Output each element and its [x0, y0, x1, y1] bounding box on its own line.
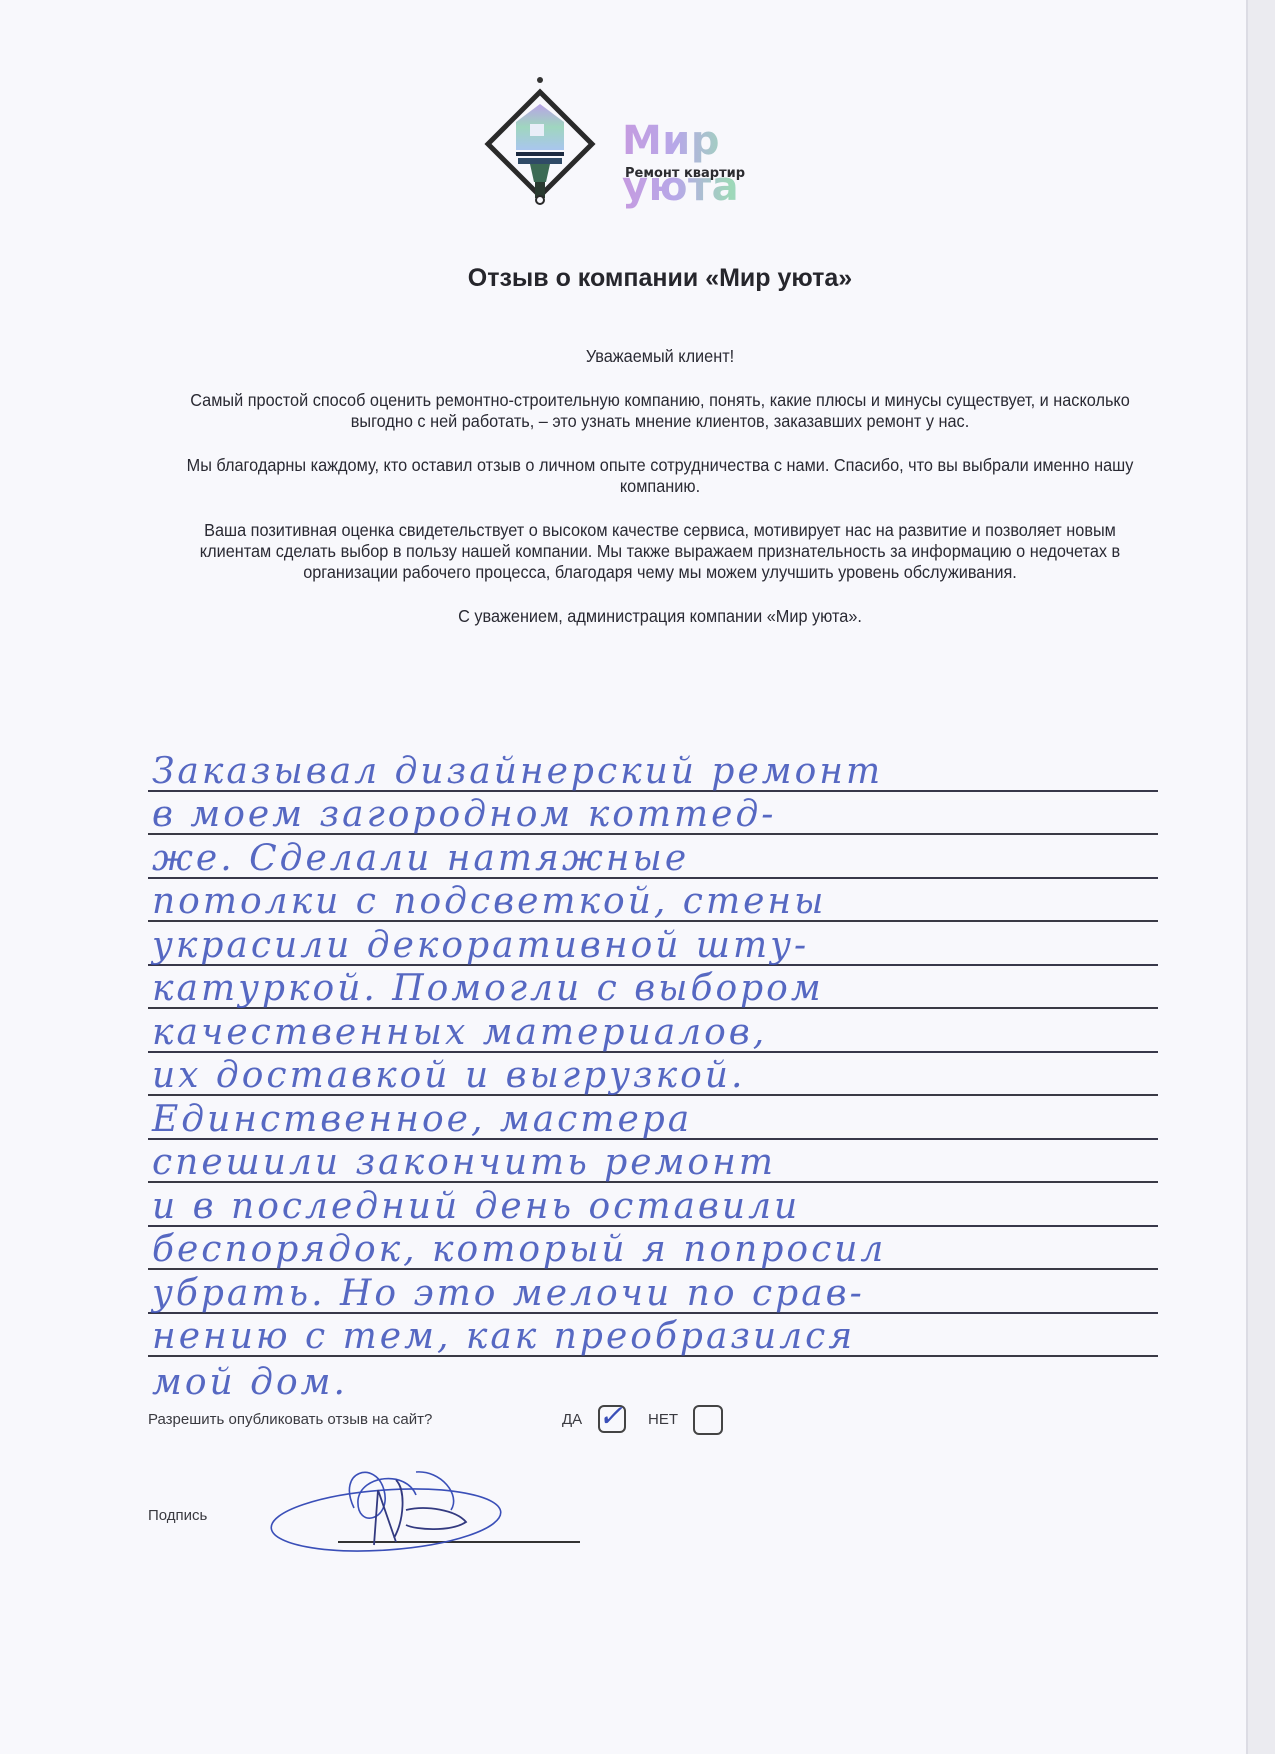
handwritten-text: Единственное, мастера: [152, 1099, 692, 1140]
publish-consent: Разрешить опубликовать отзыв на сайт? ДА…: [148, 1405, 748, 1435]
intro-paragraph: Ваша позитивная оценка свидетельствует о…: [186, 520, 1135, 583]
review-line: мой дом.: [148, 1357, 1158, 1401]
closing-text: С уважением, администрация компании «Мир…: [186, 606, 1135, 627]
review-line: и в последний день оставили: [148, 1183, 1158, 1227]
company-logo: Мир уюта Ремонт квартир: [480, 72, 840, 212]
no-checkbox[interactable]: [693, 1405, 723, 1435]
review-line: их доставкой и выгрузкой.: [148, 1053, 1158, 1097]
review-line: Заказывал дизайнерский ремонт: [148, 748, 1158, 792]
review-line: беспорядок, который я попросил: [148, 1227, 1158, 1271]
consent-question: Разрешить опубликовать отзыв на сайт?: [148, 1411, 432, 1428]
handwritten-text: потолки с подсветкой, стены: [152, 881, 826, 922]
handwritten-text: Заказывал дизайнерский ремонт: [152, 751, 883, 792]
handwritten-text: катуркой. Помогли с выбором: [152, 968, 824, 1009]
review-line: спешили закончить ремонт: [148, 1140, 1158, 1184]
review-line: же. Сделали натяжные: [148, 835, 1158, 879]
review-line: катуркой. Помогли с выбором: [148, 966, 1158, 1010]
signature-row: Подпись: [148, 1450, 648, 1570]
review-line: убрать. Но это мелочи по срав-: [148, 1270, 1158, 1314]
greeting: Уважаемый клиент!: [186, 346, 1135, 367]
handwritten-text: мой дом.: [152, 1362, 348, 1403]
house-paintbrush-diamond-icon: [480, 72, 600, 212]
handwritten-text: и в последний день оставили: [152, 1186, 800, 1227]
handwritten-text: качественных материалов,: [152, 1012, 767, 1053]
review-text-area[interactable]: Заказывал дизайнерский ремонт в моем заг…: [148, 748, 1158, 1401]
review-line: нению с тем, как преобразился: [148, 1314, 1158, 1358]
brand-tagline: Ремонт квартир: [625, 166, 745, 181]
intro-paragraph: Мы благодарны каждому, кто оставил отзыв…: [186, 455, 1135, 497]
review-line: потолки с подсветкой, стены: [148, 879, 1158, 923]
handwritten-text: их доставкой и выгрузкой.: [152, 1055, 745, 1096]
page-title: Отзыв о компании «Мир уюта»: [0, 264, 1275, 293]
review-line: качественных материалов,: [148, 1009, 1158, 1053]
yes-label: ДА: [562, 1411, 582, 1428]
signature-label: Подпись: [148, 1507, 207, 1524]
intro-paragraph: Самый простой способ оценить ремонтно-ст…: [186, 390, 1135, 432]
no-label: НЕТ: [648, 1411, 678, 1428]
handwritten-text: спешили закончить ремонт: [152, 1142, 776, 1183]
review-line: в моем загородном коттед-: [148, 792, 1158, 836]
handwritten-text: беспорядок, который я попросил: [152, 1229, 886, 1270]
brand-name: Мир уюта: [622, 118, 840, 210]
handwritten-text: украсили декоративной шту-: [152, 925, 809, 966]
handwritten-text: убрать. Но это мелочи по срав-: [152, 1273, 865, 1314]
review-line: Единственное, мастера: [148, 1096, 1158, 1140]
handwritten-text: нению с тем, как преобразился: [152, 1316, 855, 1357]
intro-text: Уважаемый клиент! Самый простой способ о…: [186, 346, 1135, 650]
review-line: украсили декоративной шту-: [148, 922, 1158, 966]
review-form-page: Мир уюта Ремонт квартир Отзыв о компании…: [0, 0, 1248, 1754]
handwritten-text: же. Сделали натяжные: [152, 838, 689, 879]
yes-checkbox[interactable]: ✓: [598, 1405, 626, 1433]
signature-icon: [266, 1450, 526, 1570]
checkmark-icon: ✓: [598, 1399, 623, 1434]
handwritten-text: в моем загородном коттед-: [152, 794, 776, 835]
